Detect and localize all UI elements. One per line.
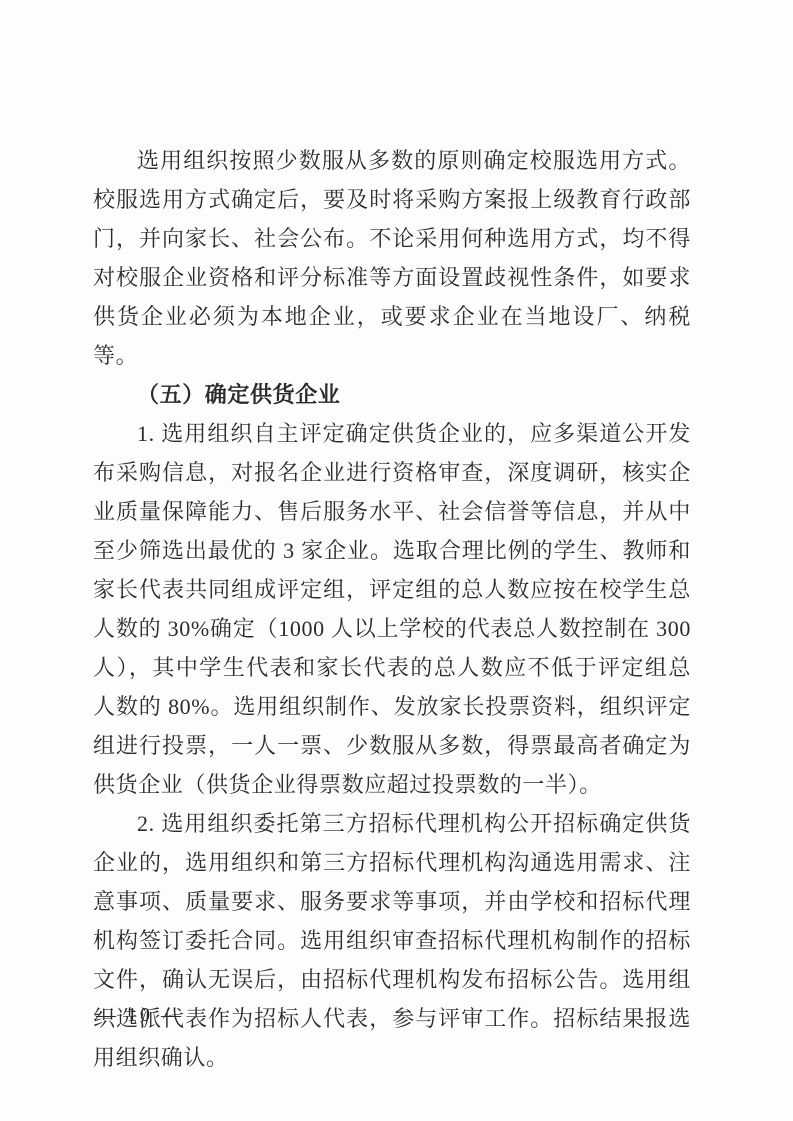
paragraph-uniform-selection-method: 选用组织按照少数服从多数的原则确定校服选用方式。校服选用方式确定后，要及时将采购…	[93, 141, 691, 375]
page-number: — 10 —	[96, 1001, 184, 1029]
paragraph-item-1-self-evaluation: 1. 选用组织自主评定确定供货企业的，应多渠道公开发布采购信息，对报名企业进行资…	[93, 414, 691, 804]
scanned-document-page: 选用组织按照少数服从多数的原则确定校服选用方式。校服选用方式确定后，要及时将采购…	[0, 0, 793, 1121]
document-body: 选用组织按照少数服从多数的原则确定校服选用方式。校服选用方式确定后，要及时将采购…	[93, 141, 691, 1077]
section-heading-determine-supplier: （五）确定供货企业	[93, 375, 691, 414]
paragraph-item-2-third-party-bidding: 2. 选用组织委托第三方招标代理机构公开招标确定供货企业的，选用组织和第三方招标…	[93, 804, 691, 1077]
